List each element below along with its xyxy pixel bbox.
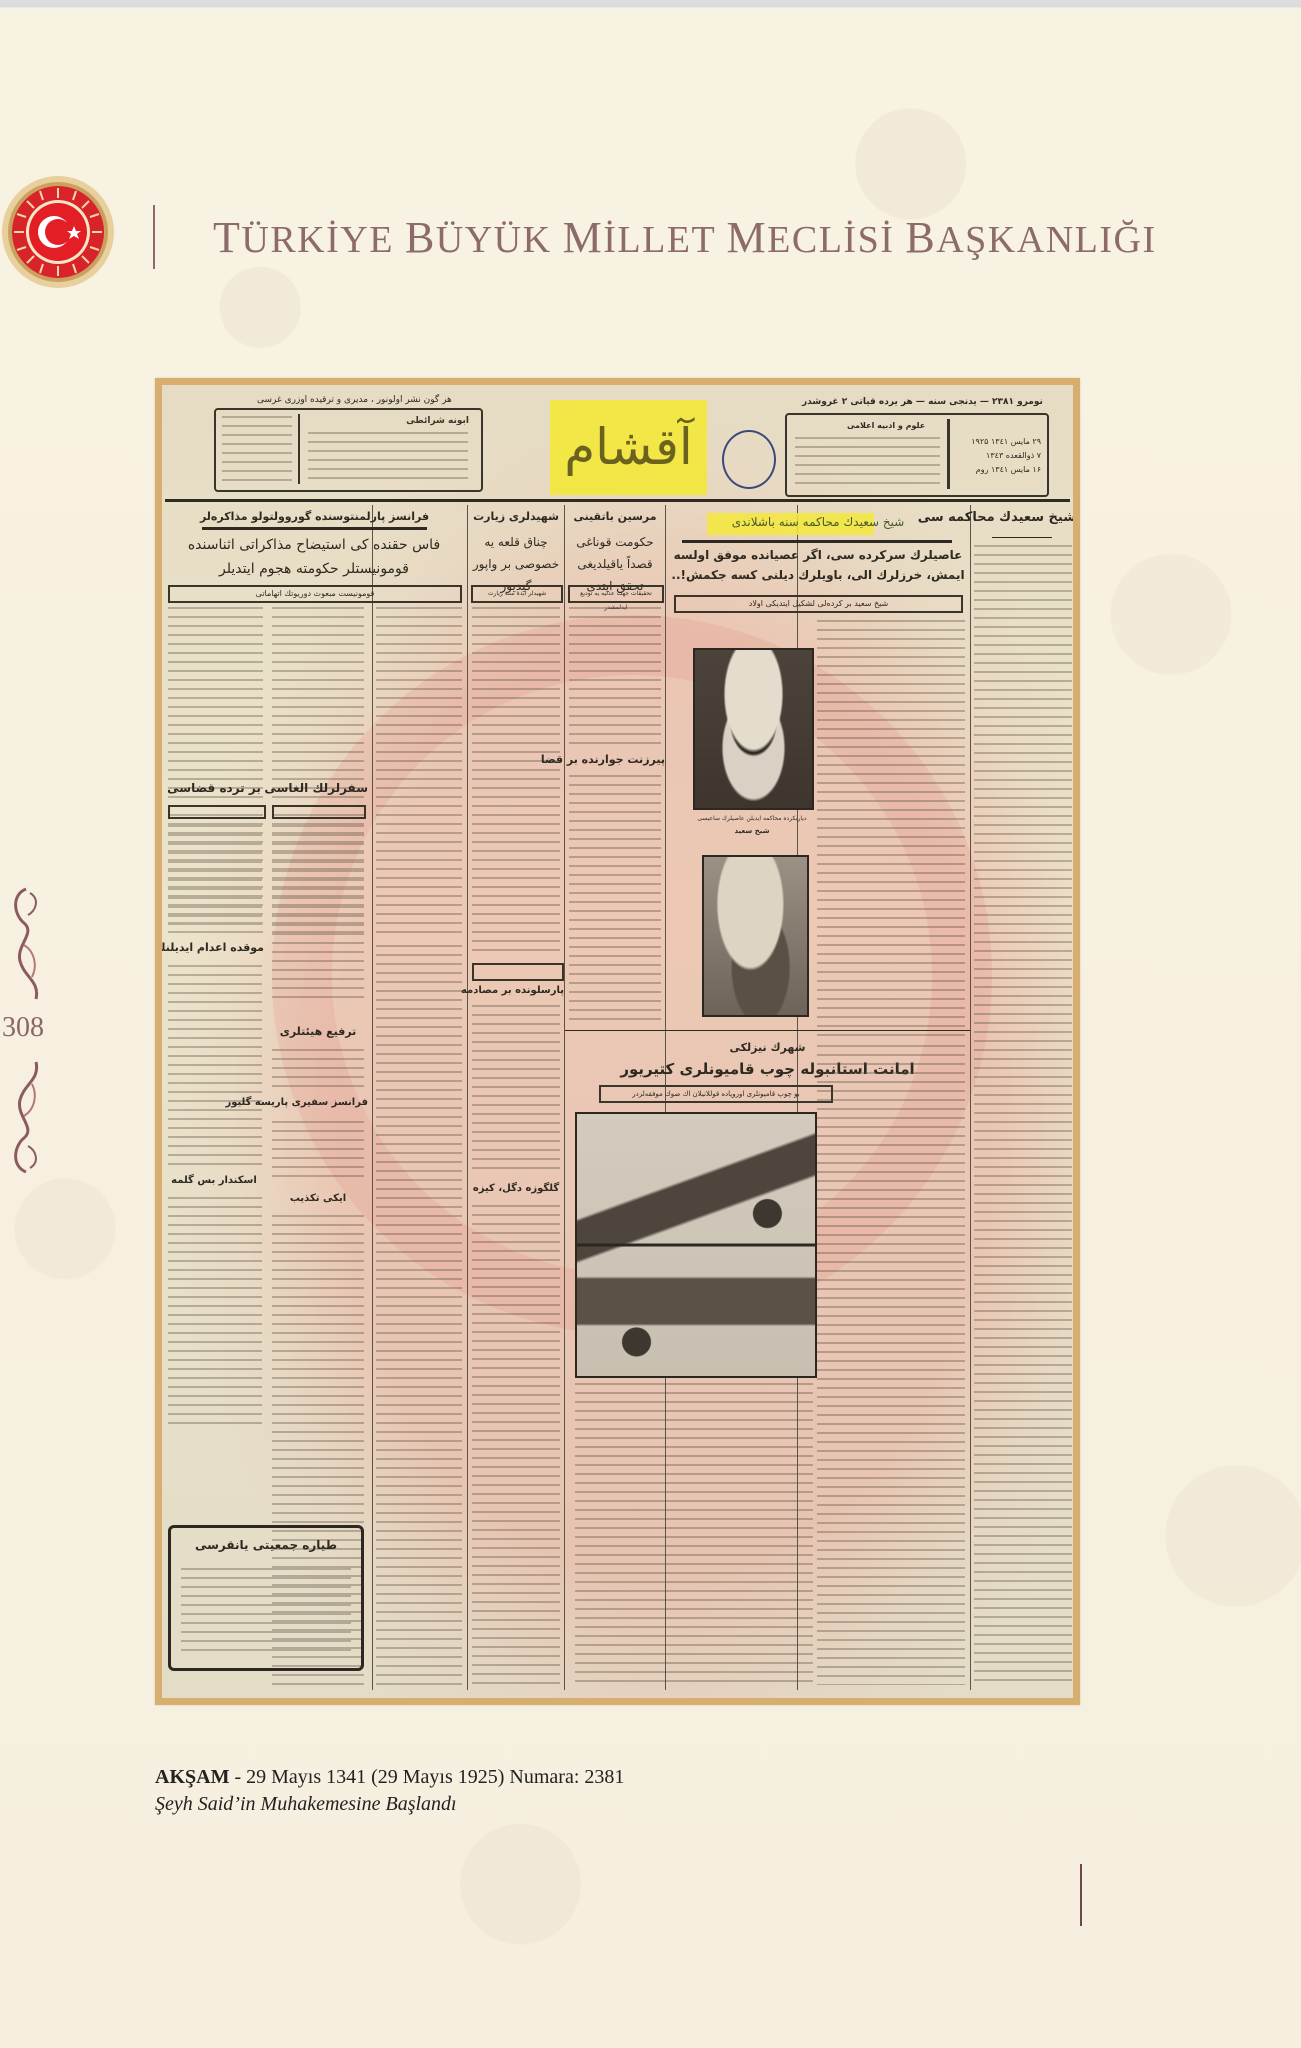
browser-top-strip bbox=[0, 0, 1301, 8]
column-divider bbox=[970, 505, 971, 1690]
headline-rebel-leader: عاصیلرك سرکرده سی، اگر عصیانده موفق اولس… bbox=[667, 545, 969, 585]
ornament-top-icon bbox=[6, 885, 46, 1003]
tbmm-emblem-icon bbox=[2, 176, 114, 288]
article-text bbox=[272, 1049, 364, 1089]
date-box-title: علوم و ادبیه اعلامی bbox=[847, 421, 925, 430]
headline-communists: فاس حقنده کی استیضاح مذاکراتی اثناسنده ق… bbox=[164, 533, 464, 581]
dates: ۲۹ مایس ۱۳٤۱ ۱۹۲۵ ۷ ذوالقعده ۱۳٤۳ ۱۶ مای… bbox=[955, 435, 1041, 477]
subhead-box bbox=[168, 805, 266, 819]
kicker-martyrs-visit: شهیدلری زیارت bbox=[468, 510, 564, 523]
section-headline: پیرزنت جوارنده بر قضا bbox=[565, 753, 665, 766]
caption-subtitle: Şeyh Said’in Muhakemesine Başlandı bbox=[155, 1793, 624, 1816]
kicker-french-parliament: فرانسز پارلمنتوسنده گوروولتولو مذاکره‌لر bbox=[162, 510, 467, 523]
institution-title: TÜRKİYE BÜYÜK MİLLET MECLİSİ BAŞKANLIĞI bbox=[213, 212, 1157, 263]
article-text bbox=[272, 825, 364, 1005]
kicker-mersin-fire: مرسین باتقینی bbox=[565, 510, 665, 523]
article-text bbox=[974, 545, 1072, 1685]
article-text bbox=[472, 607, 560, 957]
photo-caption-1: دیاربکرده محاکمه ایدیلن عاصیلرك ساعیسی bbox=[667, 815, 837, 822]
photo-caption-2: شیخ سعید bbox=[667, 827, 837, 835]
subscription-text bbox=[308, 432, 468, 482]
article-text bbox=[168, 965, 262, 1165]
library-stamp-icon bbox=[722, 430, 776, 489]
page-marker-bar bbox=[1080, 1864, 1082, 1926]
article-text bbox=[472, 1205, 560, 1685]
page-number: 308 bbox=[2, 1012, 44, 1044]
ad-text bbox=[181, 1568, 351, 1658]
newspaper-name: AKŞAM bbox=[155, 1766, 229, 1788]
header-divider bbox=[153, 205, 155, 269]
ad-title: طیاره جمعیتی یانقرسی bbox=[171, 1538, 361, 1552]
ad-box: طیاره جمعیتی یانقرسی bbox=[168, 1525, 364, 1671]
price-table bbox=[222, 416, 292, 482]
section-headline: موقده اعدام ایدیلنلر bbox=[164, 941, 264, 954]
top-left-caption: هر گون نشر اولونور ، مدیری و ترقیده اوزر… bbox=[257, 395, 452, 405]
ornament-bottom-icon bbox=[6, 1058, 46, 1176]
notice-box bbox=[472, 963, 564, 981]
deck-communists: قومونیست مبعوث دوریوتك اتهاماتی bbox=[168, 585, 462, 603]
section-headline: بر ترده قضاسی bbox=[164, 781, 264, 795]
subscription-box: ابونه شرائطی bbox=[214, 408, 483, 492]
photo-portrait-1 bbox=[693, 648, 814, 810]
section-headline: فرانسز سفیری پاریسه گلیور bbox=[268, 1097, 368, 1108]
section-headline: ایکی تکذیب bbox=[268, 1193, 368, 1204]
newspaper-scan: هر گون نشر اولونور ، مدیری و ترقیده اوزر… bbox=[162, 385, 1073, 1698]
section-headline: اسکندار بس گلمه bbox=[164, 1175, 264, 1186]
article-text bbox=[569, 607, 661, 747]
subhead-box bbox=[272, 805, 366, 819]
article-text bbox=[168, 825, 262, 925]
subscription-title: ابونه شرائطی bbox=[406, 416, 469, 426]
article-text bbox=[376, 945, 462, 1685]
photo-portrait-2 bbox=[702, 855, 809, 1017]
section-headline: ترفیع هیئتلری bbox=[268, 1025, 368, 1038]
issue-line: نومرو ۲۳۸۱ — یدنجی سنه — هر یرده قیاتی ۲… bbox=[802, 397, 1043, 407]
city-deck: بو چوپ قامیونلری اوروپاده قوللانیلان اك … bbox=[599, 1085, 833, 1103]
figure-caption: AKŞAM - 29 Mayıs 1341 (29 Mayıs 1925) Nu… bbox=[155, 1766, 624, 1816]
article-text bbox=[168, 1197, 262, 1427]
newspaper-masthead: آقشام bbox=[550, 407, 707, 487]
date-box: علوم و ادبیه اعلامی ۲۹ مایس ۱۳٤۱ ۱۹۲۵ ۷ … bbox=[785, 413, 1049, 497]
article-text bbox=[575, 1383, 813, 1683]
column-divider bbox=[564, 505, 565, 1690]
announcement-text bbox=[795, 437, 940, 487]
column-divider bbox=[467, 505, 468, 1690]
column-divider bbox=[372, 505, 373, 1690]
article-text bbox=[817, 620, 965, 1040]
masthead-rule bbox=[165, 499, 1070, 502]
photo-trucks bbox=[575, 1112, 817, 1378]
deck-rebel-leader: شیخ سعید بر کرده‌لی لشکیل ایتدیکی اولاد bbox=[674, 595, 963, 613]
section-headline: گلگوزه دگل، کیزه bbox=[468, 1183, 564, 1194]
caption-details: - 29 Mayıs 1341 (29 Mayıs 1925) Numara: … bbox=[229, 1766, 624, 1788]
article-text bbox=[376, 607, 462, 937]
deck-canakkale: شهیدلر ابدهٔ سنه زیارت bbox=[471, 585, 563, 603]
deck-mersin: تحقیقات جهت عدلیه یه تودیع ایدلمشدر bbox=[568, 585, 664, 603]
article-text bbox=[817, 1045, 965, 1685]
article-text bbox=[569, 775, 661, 1025]
headline-trial: شیخ سعیدك محاکمه سی bbox=[971, 510, 1073, 525]
article-text bbox=[472, 1005, 560, 1175]
section-headline: پارسلونده بر مصادمه bbox=[468, 985, 564, 996]
newspaper-frame: هر گون نشر اولونور ، مدیری و ترقیده اوزر… bbox=[155, 378, 1080, 1705]
article-text bbox=[272, 1121, 364, 1181]
section-headline: سفرلرلك الغاسی bbox=[268, 781, 368, 795]
